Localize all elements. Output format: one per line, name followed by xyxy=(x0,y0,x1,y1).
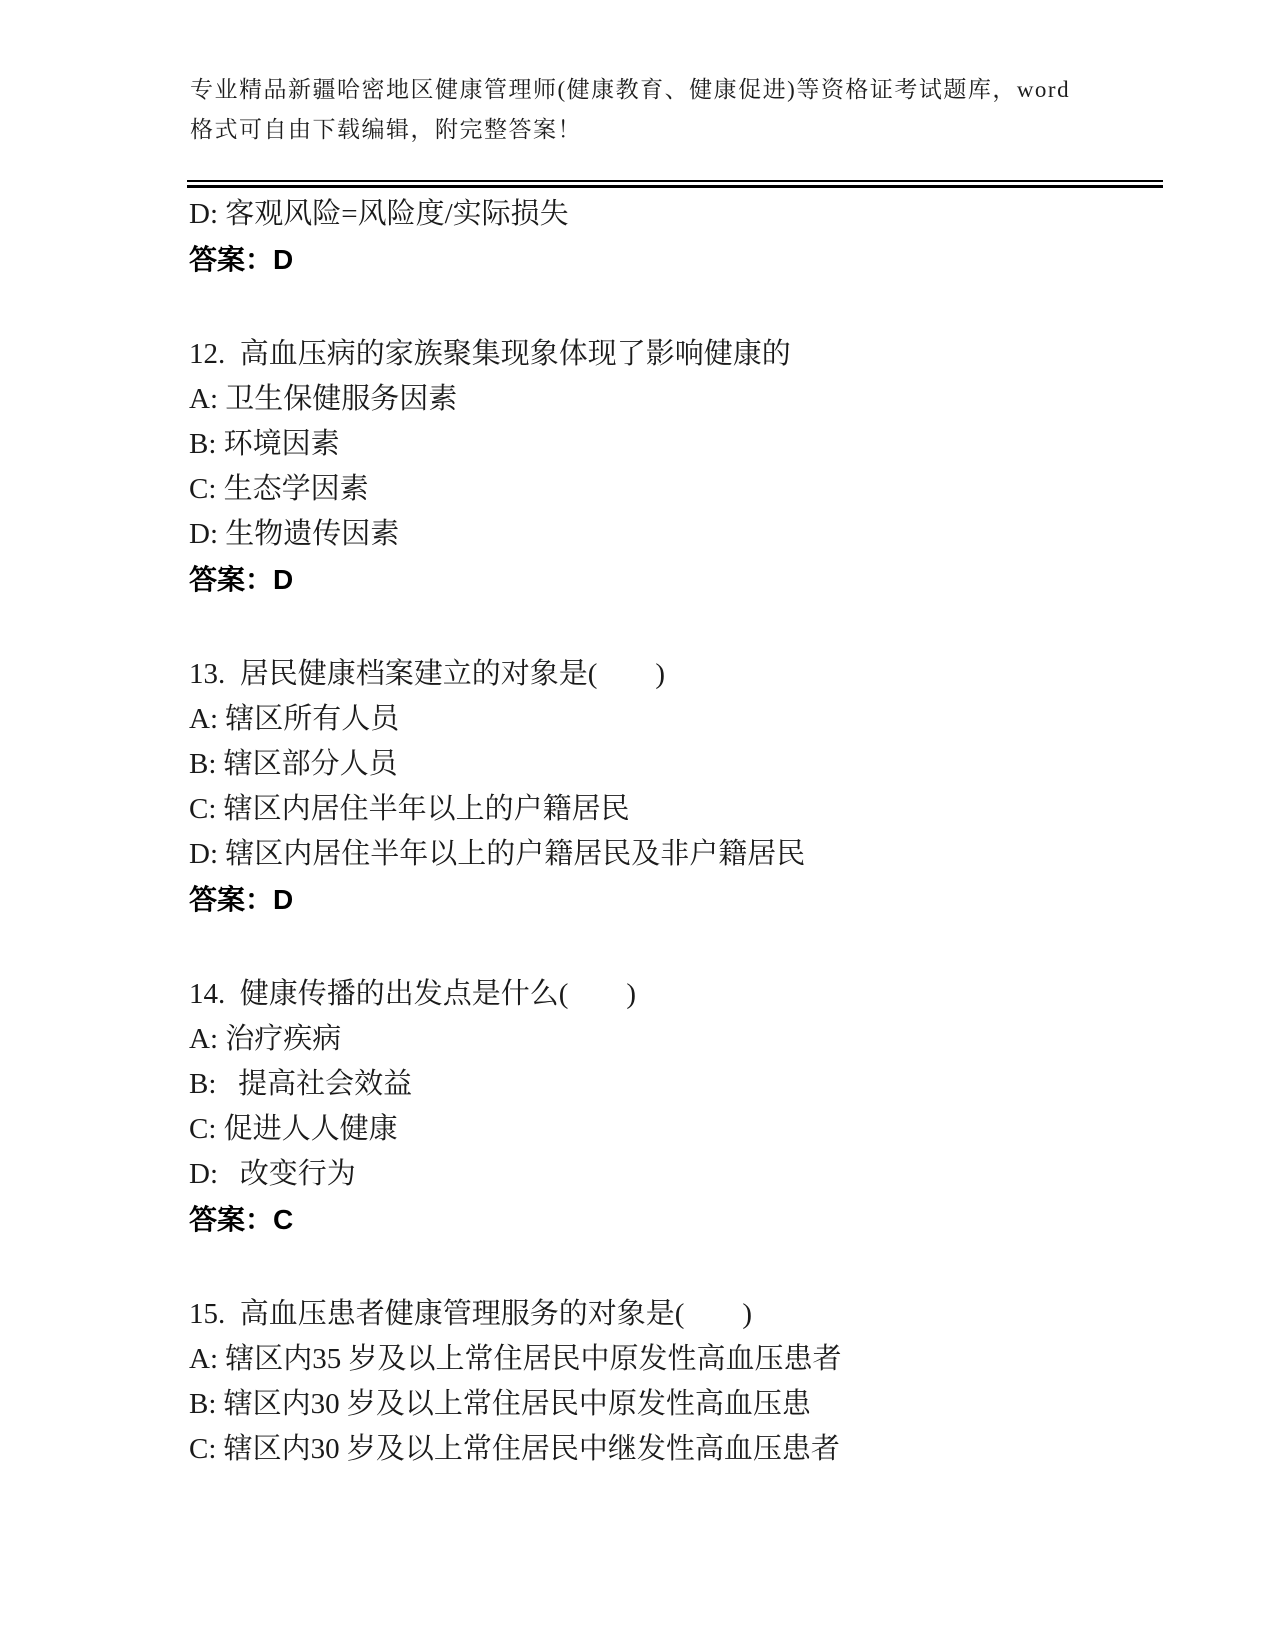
option-line: D: 客观风险=风险度/实际损失 xyxy=(189,192,1209,237)
question-title: 12. 高血压病的家族聚集现象体现了影响健康的 xyxy=(189,332,1209,377)
answer-line: 答案：D xyxy=(189,237,1209,282)
option-line: C: 辖区内居住半年以上的户籍居民 xyxy=(189,787,1209,832)
option-line: B: 辖区内30 岁及以上常住居民中原发性高血压患 xyxy=(189,1382,1209,1427)
question-list: D: 客观风险=风险度/实际损失答案：D12. 高血压病的家族聚集现象体现了影响… xyxy=(189,192,1209,1472)
question-14: 14. 健康传播的出发点是什么( )A: 治疗疾病B: 提高社会效益C: 促进人… xyxy=(189,972,1209,1242)
question-title: 14. 健康传播的出发点是什么( ) xyxy=(189,972,1209,1017)
option-line: A: 卫生保健服务因素 xyxy=(189,377,1209,422)
option-line: C: 促进人人健康 xyxy=(189,1107,1209,1152)
answer-line: 答案：D xyxy=(189,877,1209,922)
answer-line: 答案：D xyxy=(189,557,1209,602)
header-line-2: 格式可自由下载编辑，附完整答案！ xyxy=(190,110,1130,150)
answer-line: 答案：C xyxy=(189,1197,1209,1242)
option-line: D: 改变行为 xyxy=(189,1152,1209,1197)
question-title: 15. 高血压患者健康管理服务的对象是( ) xyxy=(189,1292,1209,1337)
option-line: D: 生物遗传因素 xyxy=(189,512,1209,557)
option-line: A: 治疗疾病 xyxy=(189,1017,1209,1062)
option-line: A: 辖区内35 岁及以上常住居民中原发性高血压患者 xyxy=(189,1337,1209,1382)
question-13: 13. 居民健康档案建立的对象是( )A: 辖区所有人员B: 辖区部分人员C: … xyxy=(189,652,1209,922)
header-line-1: 专业精品新疆哈密地区健康管理师(健康教育、健康促进)等资格证考试题库，word xyxy=(190,70,1130,110)
question-title: 13. 居民健康档案建立的对象是( ) xyxy=(189,652,1209,697)
header-divider-double-rule xyxy=(187,180,1163,188)
page-header: 专业精品新疆哈密地区健康管理师(健康教育、健康促进)等资格证考试题库，word … xyxy=(190,70,1130,150)
option-line: C: 生态学因素 xyxy=(189,467,1209,512)
question-15: 15. 高血压患者健康管理服务的对象是( )A: 辖区内35 岁及以上常住居民中… xyxy=(189,1292,1209,1472)
option-line: B: 辖区部分人员 xyxy=(189,742,1209,787)
question-11-tail: D: 客观风险=风险度/实际损失答案：D xyxy=(189,192,1209,282)
option-line: A: 辖区所有人员 xyxy=(189,697,1209,742)
question-12: 12. 高血压病的家族聚集现象体现了影响健康的A: 卫生保健服务因素B: 环境因… xyxy=(189,332,1209,602)
option-line: D: 辖区内居住半年以上的户籍居民及非户籍居民 xyxy=(189,832,1209,877)
option-line: B: 环境因素 xyxy=(189,422,1209,467)
option-line: C: 辖区内30 岁及以上常住居民中继发性高血压患者 xyxy=(189,1427,1209,1472)
document-page: 专业精品新疆哈密地区健康管理师(健康教育、健康促进)等资格证考试题库，word … xyxy=(0,0,1275,1650)
option-line: B: 提高社会效益 xyxy=(189,1062,1209,1107)
